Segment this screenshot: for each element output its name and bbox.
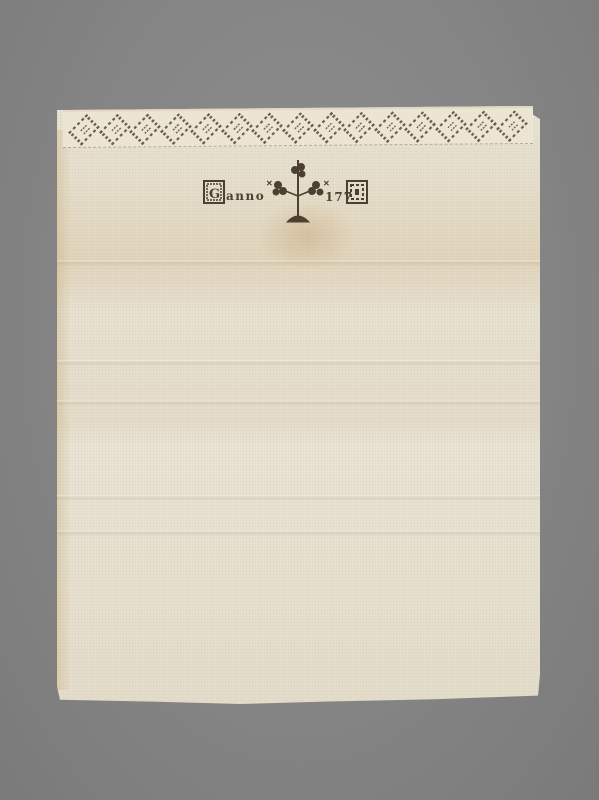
lace-border xyxy=(63,106,533,148)
fold-line xyxy=(57,360,540,366)
fold-line xyxy=(57,530,540,536)
fold-line xyxy=(57,260,540,266)
lace-diamond-motif xyxy=(404,111,436,143)
lace-diamond-motif xyxy=(68,114,100,146)
lace-diamond-motif xyxy=(252,112,284,144)
linen-cloth xyxy=(57,110,540,710)
lace-diamond-motif xyxy=(99,113,131,145)
fold-line xyxy=(57,400,540,406)
lace-diamond-motif xyxy=(343,111,375,143)
lace-diamond-motif xyxy=(191,112,223,144)
lace-diamond-motif xyxy=(221,112,253,144)
fold-line xyxy=(57,495,540,501)
lace-diamond-motif xyxy=(130,113,162,145)
lace-diamond-motif xyxy=(435,110,467,142)
lace-diamond-motif xyxy=(496,110,528,142)
lace-diamond-motif xyxy=(313,111,345,143)
lace-diamond-motif xyxy=(160,113,192,145)
lace-diamond-motif xyxy=(282,112,314,144)
lace-diamond-motif xyxy=(374,111,406,143)
lace-diamond-motif xyxy=(465,110,497,142)
edge-stain xyxy=(57,130,71,690)
